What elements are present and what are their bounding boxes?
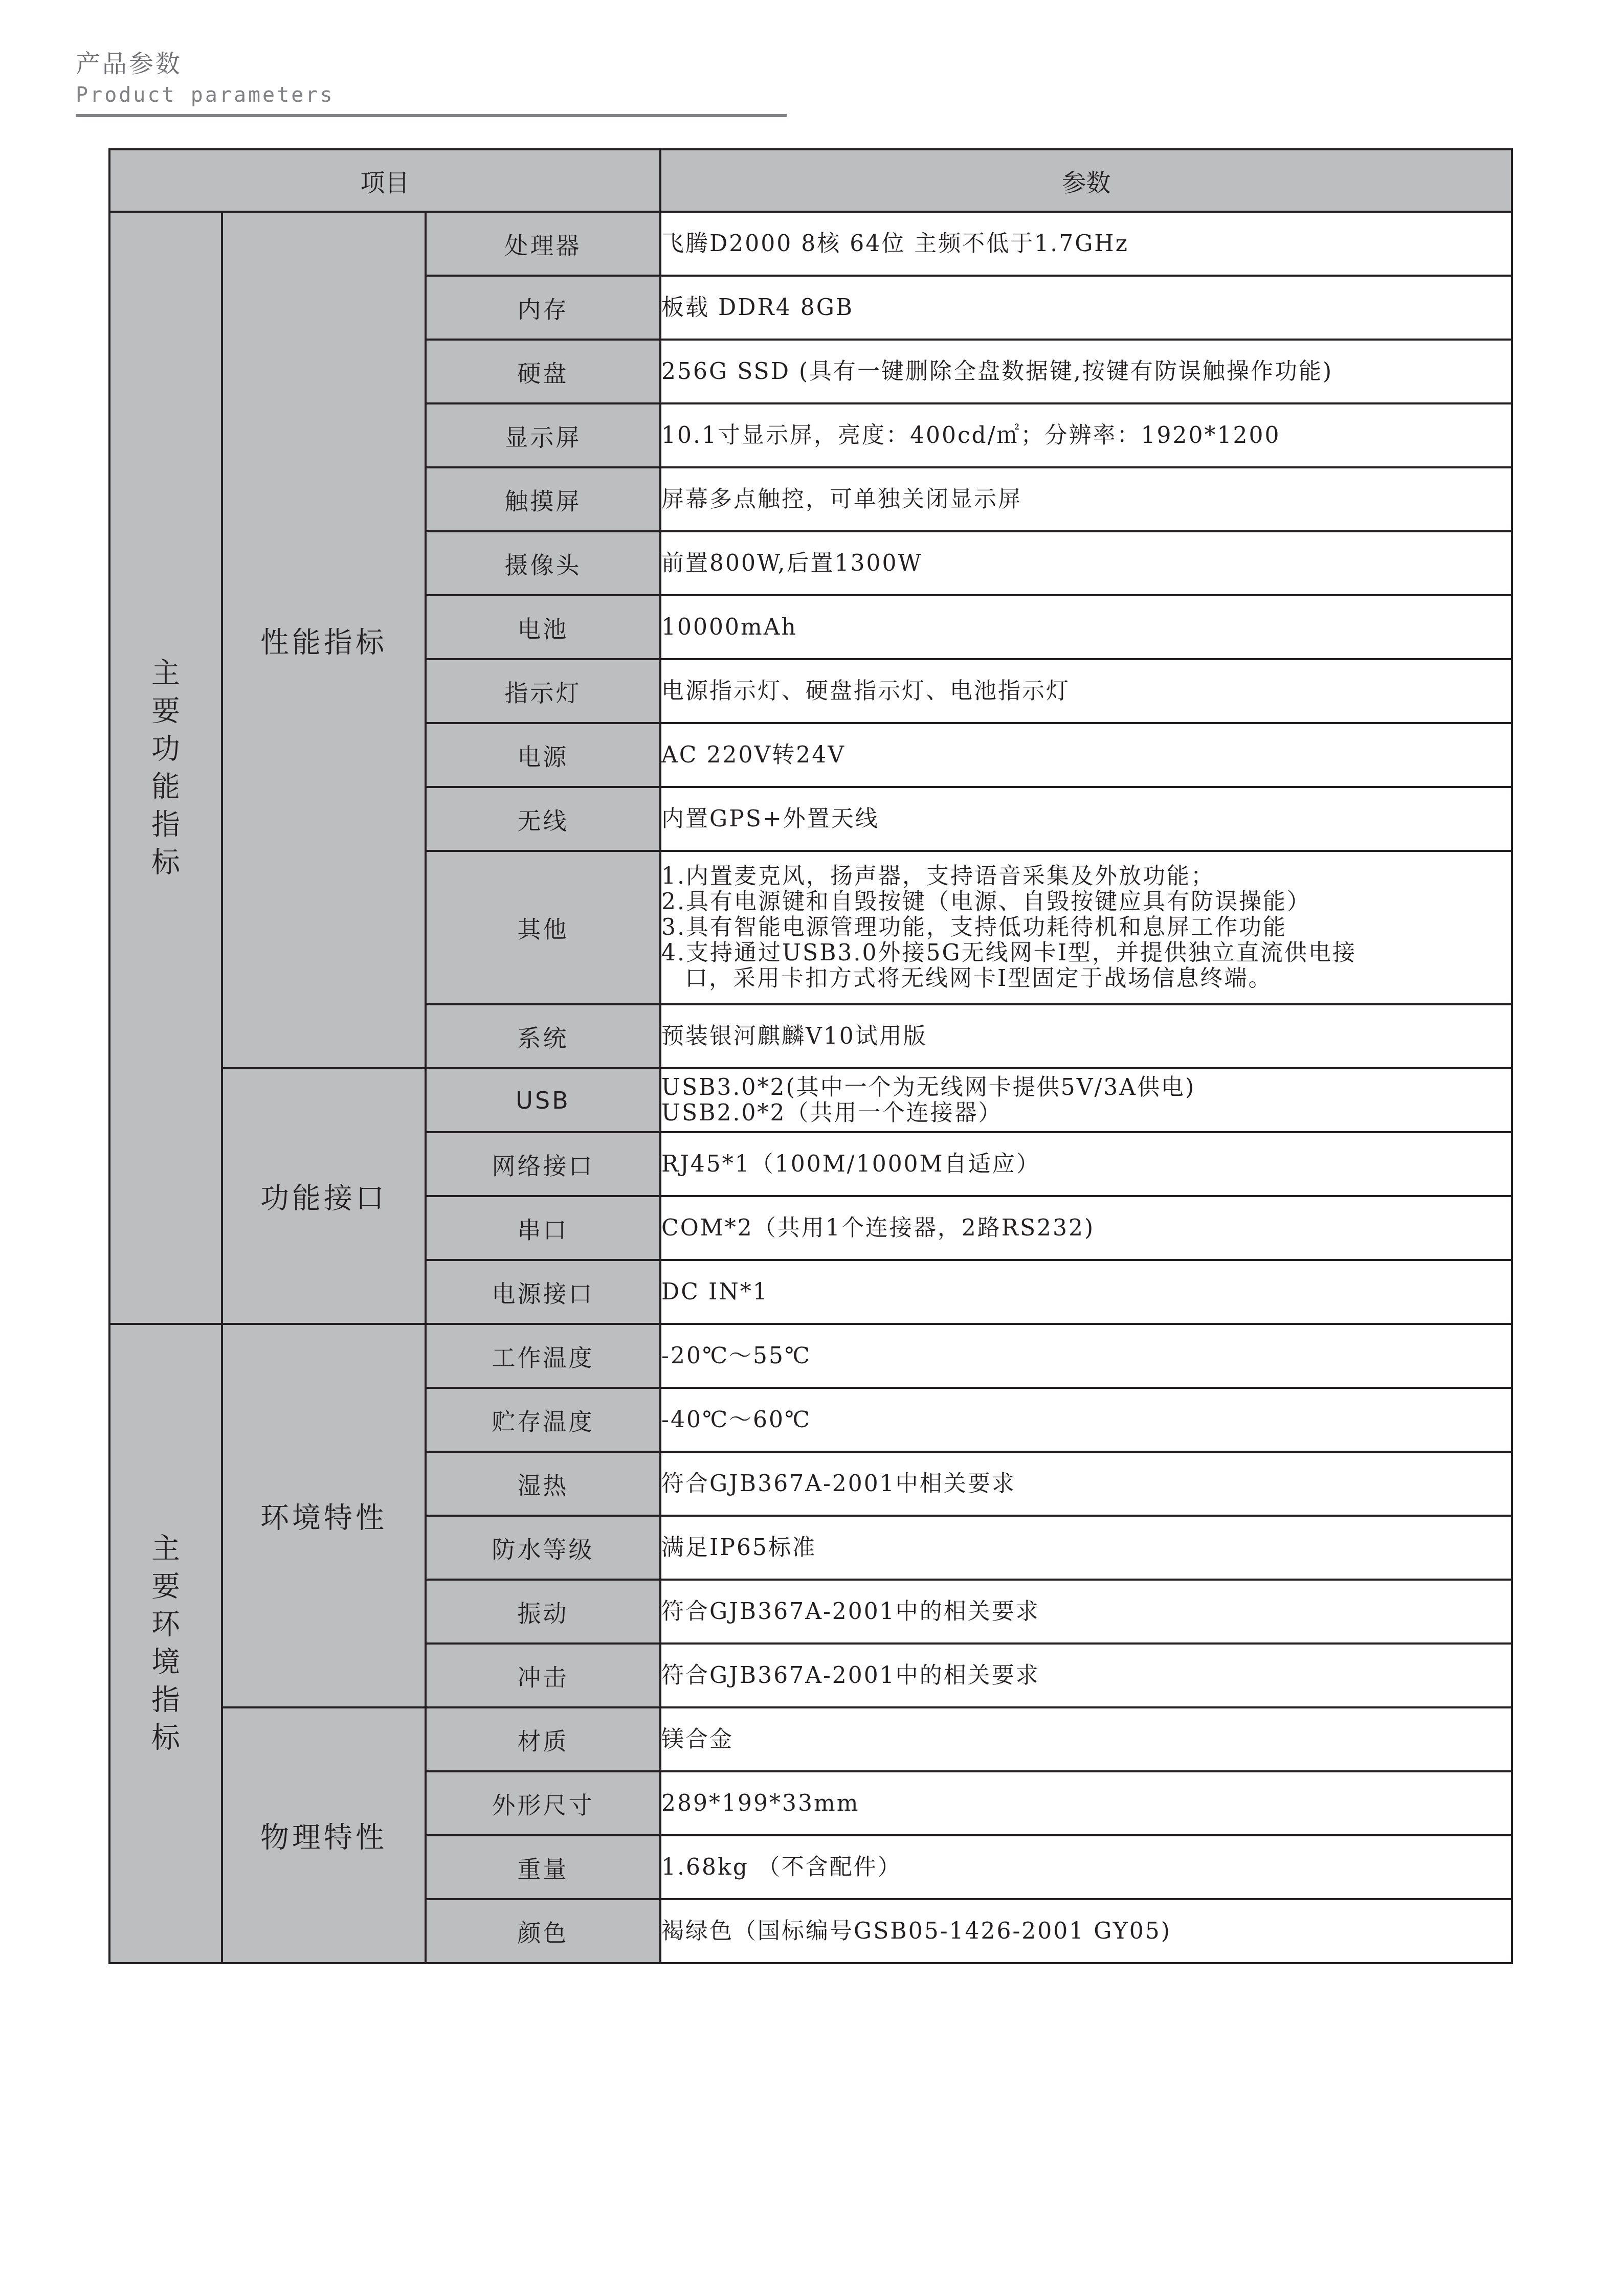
row-label: 工作温度	[426, 1324, 660, 1388]
row-label: 外形尺寸	[426, 1771, 660, 1835]
value-line: -40℃～60℃	[661, 1407, 1511, 1433]
row-label: 湿热	[426, 1452, 660, 1516]
row-label: 触摸屏	[426, 467, 660, 531]
value-line: 符合GJB367A-2001中相关要求	[661, 1471, 1511, 1497]
row-label: 贮存温度	[426, 1388, 660, 1452]
value-line: 256G SSD (具有一键删除全盘数据键,按键有防误触操作功能)	[661, 359, 1511, 385]
row-label: 无线	[426, 787, 660, 851]
column-header-item: 项目	[109, 149, 660, 212]
row-label: 硬盘	[426, 340, 660, 403]
row-value: 板载 DDR4 8GB	[660, 276, 1512, 340]
table-row: 功能接口USBUSB3.0*2(其中一个为无线网卡提供5V/3A供电)USB2.…	[109, 1068, 1512, 1132]
subgroup-label: 环境特性	[222, 1324, 426, 1707]
row-value: 256G SSD (具有一键删除全盘数据键,按键有防误触操作功能)	[660, 340, 1512, 403]
value-line: USB3.0*2(其中一个为无线网卡提供5V/3A供电)	[661, 1075, 1511, 1100]
column-header-param: 参数	[660, 149, 1512, 212]
row-value: 内置GPS+外置天线	[660, 787, 1512, 851]
subgroup-label: 性能指标	[222, 212, 426, 1068]
row-label: 网络接口	[426, 1132, 660, 1196]
row-value: 符合GJB367A-2001中的相关要求	[660, 1580, 1512, 1644]
value-line: 镁合金	[661, 1727, 1511, 1752]
row-value: 镁合金	[660, 1707, 1512, 1771]
value-line: 289*199*33mm	[661, 1791, 1511, 1816]
row-label: 指示灯	[426, 659, 660, 723]
value-line: 口，采用卡扣方式将无线网卡I型固定于战场信息终端。	[661, 966, 1511, 992]
row-label: 重量	[426, 1835, 660, 1899]
row-value: RJ45*1（100M/1000M自适应）	[660, 1132, 1512, 1196]
subgroup-label: 功能接口	[222, 1068, 426, 1324]
row-value: 满足IP65标准	[660, 1516, 1512, 1580]
row-label: 电源	[426, 723, 660, 787]
row-value: USB3.0*2(其中一个为无线网卡提供5V/3A供电)USB2.0*2（共用一…	[660, 1068, 1512, 1132]
table-header-row: 项目 参数	[109, 149, 1512, 212]
group-label: 主要功能指标	[150, 655, 181, 882]
value-line: 10.1寸显示屏，亮度：400cd/㎡；分辨率：1920*1200	[661, 423, 1511, 448]
value-line: 电源指示灯、硬盘指示灯、电池指示灯	[661, 679, 1511, 704]
row-value: 1.内置麦克风，扬声器，支持语音采集及外放功能；2.具有电源键和自毁按键（电源、…	[660, 851, 1512, 1004]
page-title: 产品参数	[76, 49, 787, 79]
row-value: 预装银河麒麟V10试用版	[660, 1004, 1512, 1068]
row-value: 符合GJB367A-2001中的相关要求	[660, 1644, 1512, 1707]
value-line: 褐绿色（国标编号GSB05-1426-2001 GY05)	[661, 1919, 1511, 1944]
row-value: COM*2（共用1个连接器，2路RS232)	[660, 1196, 1512, 1260]
row-label: 材质	[426, 1707, 660, 1771]
row-label: 摄像头	[426, 531, 660, 595]
row-label: 显示屏	[426, 403, 660, 467]
title-divider	[76, 114, 787, 117]
row-label: 冲击	[426, 1644, 660, 1707]
value-line: 符合GJB367A-2001中的相关要求	[661, 1599, 1511, 1625]
row-value: -40℃～60℃	[660, 1388, 1512, 1452]
value-line: RJ45*1（100M/1000M自适应）	[661, 1152, 1511, 1177]
subgroup-label: 物理特性	[222, 1707, 426, 1963]
group-label-cell: 主要功能指标	[109, 212, 222, 1324]
value-line: -20℃～55℃	[661, 1343, 1511, 1369]
row-value: 10000mAh	[660, 595, 1512, 659]
row-value: 1.68kg （不含配件）	[660, 1835, 1512, 1899]
group-label-cell: 主要环境指标	[109, 1324, 222, 1963]
row-value: 电源指示灯、硬盘指示灯、电池指示灯	[660, 659, 1512, 723]
row-value: 飞腾D2000 8核 64位 主频不低于1.7GHz	[660, 212, 1512, 276]
row-label: 串口	[426, 1196, 660, 1260]
row-label: 处理器	[426, 212, 660, 276]
table-row: 主要环境指标环境特性工作温度-20℃～55℃	[109, 1324, 1512, 1388]
row-label: 电源接口	[426, 1260, 660, 1324]
value-line: 2.具有电源键和自毁按键（电源、自毁按键应具有防误操能）	[661, 889, 1511, 915]
row-label: USB	[426, 1068, 660, 1132]
row-label: 内存	[426, 276, 660, 340]
table-row: 主要功能指标性能指标处理器飞腾D2000 8核 64位 主频不低于1.7GHz	[109, 212, 1512, 276]
value-line: USB2.0*2（共用一个连接器）	[661, 1100, 1511, 1126]
value-line: 4.支持通过USB3.0外接5G无线网卡I型，并提供独立直流供电接	[661, 940, 1511, 966]
row-label: 系统	[426, 1004, 660, 1068]
row-value: AC 220V转24V	[660, 723, 1512, 787]
value-line: 3.具有智能电源管理功能，支持低功耗待机和息屏工作功能	[661, 915, 1511, 940]
value-line: 预装银河麒麟V10试用版	[661, 1024, 1511, 1049]
value-line: 1.内置麦克风，扬声器，支持语音采集及外放功能；	[661, 864, 1511, 889]
row-value: 屏幕多点触控，可单独关闭显示屏	[660, 467, 1512, 531]
group-label: 主要环境指标	[150, 1530, 181, 1757]
value-line: 飞腾D2000 8核 64位 主频不低于1.7GHz	[661, 231, 1511, 257]
value-line: 满足IP65标准	[661, 1535, 1511, 1561]
row-value: -20℃～55℃	[660, 1324, 1512, 1388]
page-header: 产品参数 Product parameters	[76, 49, 787, 117]
value-line: 前置800W,后置1300W	[661, 551, 1511, 576]
table-row: 物理特性材质镁合金	[109, 1707, 1512, 1771]
row-value: 褐绿色（国标编号GSB05-1426-2001 GY05)	[660, 1899, 1512, 1963]
value-line: 10000mAh	[661, 615, 1511, 640]
row-value: 符合GJB367A-2001中相关要求	[660, 1452, 1512, 1516]
row-label: 防水等级	[426, 1516, 660, 1580]
value-line: DC IN*1	[661, 1279, 1511, 1305]
value-line: 板载 DDR4 8GB	[661, 295, 1511, 321]
value-line: 1.68kg （不含配件）	[661, 1855, 1511, 1880]
value-line: 内置GPS+外置天线	[661, 806, 1511, 832]
value-line: 符合GJB367A-2001中的相关要求	[661, 1663, 1511, 1689]
value-line: 屏幕多点触控，可单独关闭显示屏	[661, 487, 1511, 512]
row-label: 电池	[426, 595, 660, 659]
spec-table: 项目 参数 主要功能指标性能指标处理器飞腾D2000 8核 64位 主频不低于1…	[108, 148, 1513, 1964]
row-value: 289*199*33mm	[660, 1771, 1512, 1835]
row-label: 振动	[426, 1580, 660, 1644]
row-value: 前置800W,后置1300W	[660, 531, 1512, 595]
row-label: 其他	[426, 851, 660, 1004]
row-value: DC IN*1	[660, 1260, 1512, 1324]
row-label: 颜色	[426, 1899, 660, 1963]
page-subtitle: Product parameters	[76, 82, 787, 108]
spec-table-body: 主要功能指标性能指标处理器飞腾D2000 8核 64位 主频不低于1.7GHz内…	[109, 212, 1512, 1963]
value-line: COM*2（共用1个连接器，2路RS232)	[661, 1215, 1511, 1241]
value-line: AC 220V转24V	[661, 742, 1511, 768]
row-value: 10.1寸显示屏，亮度：400cd/㎡；分辨率：1920*1200	[660, 403, 1512, 467]
